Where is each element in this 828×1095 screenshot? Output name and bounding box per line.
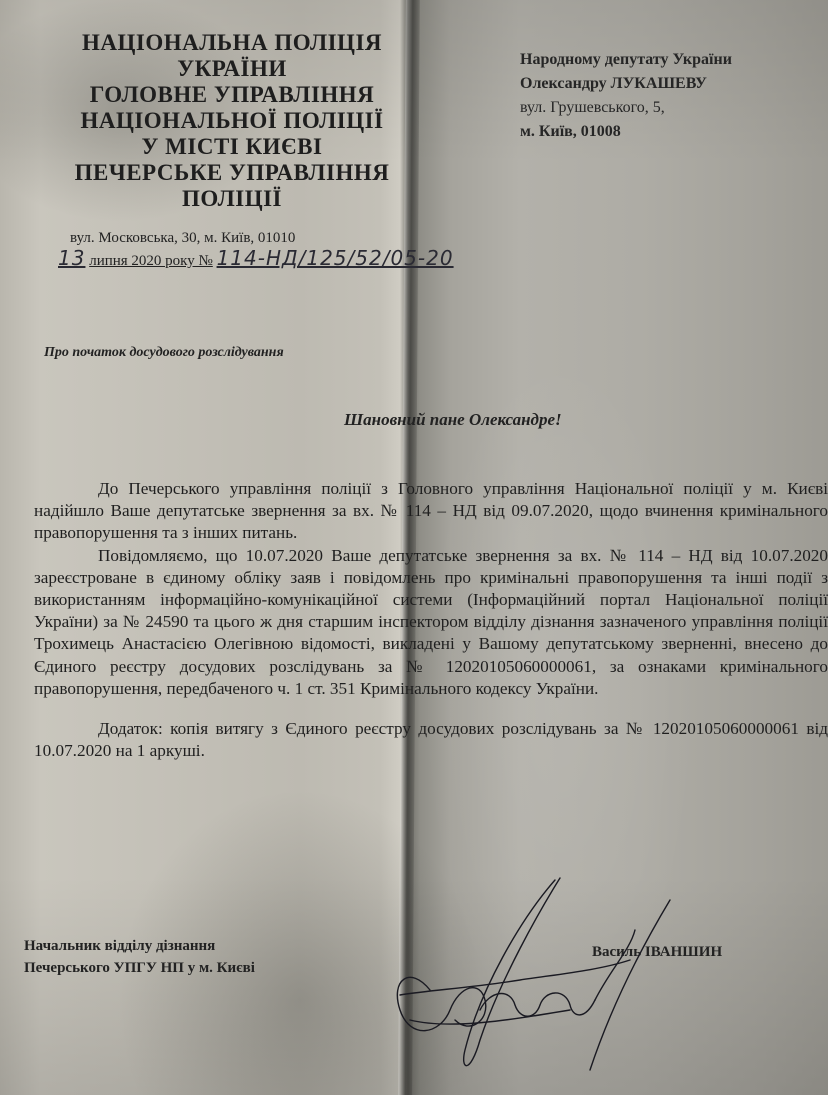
- addressee-name: Олександру ЛУКАШЕВУ: [520, 72, 732, 96]
- letterhead-line: ПЕЧЕРСЬКЕ УПРАВЛІННЯ: [52, 160, 412, 186]
- addressee-block: Народному депутату України Олександру ЛУ…: [520, 48, 732, 144]
- signatory-title: Начальник відділу дізнання Печерського У…: [24, 935, 255, 979]
- registration-number: 114-НД/125/52/05-20: [217, 246, 454, 270]
- letterhead-line: НАЦІОНАЛЬНОЇ ПОЛІЦІЇ: [52, 108, 412, 134]
- letterhead: НАЦІОНАЛЬНА ПОЛІЦІЯ УКРАЇНИ ГОЛОВНЕ УПРА…: [52, 30, 412, 212]
- letterhead-line: ПОЛІЦІЇ: [52, 186, 412, 212]
- sender-address: вул. Московська, 30, м. Київ, 01010: [70, 230, 295, 247]
- body-paragraph: До Печерського управління поліції з Голо…: [34, 478, 828, 545]
- letterhead-line: НАЦІОНАЛЬНА ПОЛІЦІЯ: [52, 30, 412, 56]
- salutation: Шановний пане Олександре!: [344, 410, 562, 430]
- addressee-city: м. Київ, 01008: [520, 120, 732, 144]
- handwritten-signature: [370, 870, 710, 1080]
- signatory-title-line: Печерського УПГУ НП у м. Києві: [24, 957, 255, 979]
- letter-body: До Печерського управління поліції з Голо…: [34, 478, 828, 762]
- signatory-title-line: Начальник відділу дізнання: [24, 935, 255, 957]
- addressee-position: Народному депутату України: [520, 48, 732, 72]
- addressee-street: вул. Грушевського, 5,: [520, 96, 732, 120]
- body-paragraph: Повідомляємо, що 10.07.2020 Ваше депутат…: [34, 545, 828, 700]
- letterhead-line: ГОЛОВНЕ УПРАВЛІННЯ: [52, 82, 412, 108]
- annex-note: Додаток: копія витягу з Єдиного реєстру …: [34, 718, 828, 762]
- date-month-year: липня 2020 року №: [89, 253, 213, 269]
- letterhead-line: УКРАЇНИ: [52, 56, 412, 82]
- letter-subject: Про початок досудового розслідування: [44, 345, 284, 361]
- letterhead-line: У МІСТІ КИЄВІ: [52, 134, 412, 160]
- outgoing-date-number: 13 липня 2020 року № 114-НД/125/52/05-20: [58, 246, 454, 270]
- date-day: 13: [58, 246, 85, 270]
